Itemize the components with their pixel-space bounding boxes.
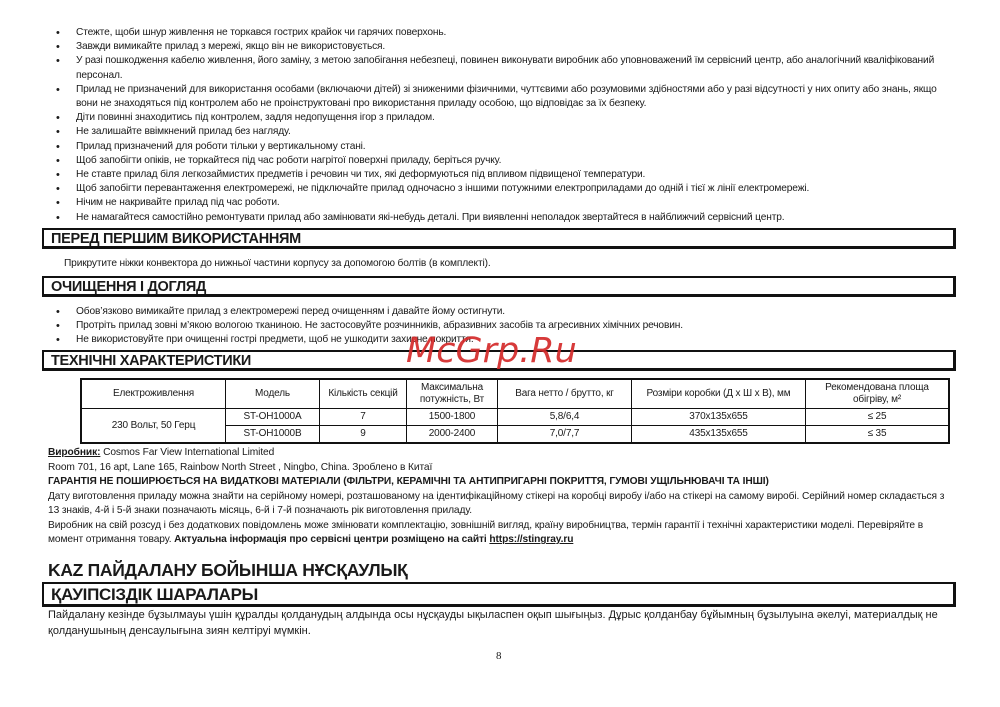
list-item: Щоб запобігти опіків, не торкайтеся під … <box>56 154 956 168</box>
list-item: Обов’язково вимикайте прилад з електроме… <box>56 305 956 319</box>
list-item: Завжди вимикайте прилад з мережі, якщо в… <box>56 40 956 54</box>
list-item: Нічим не накривайте прилад під час робот… <box>56 196 956 210</box>
list-item: Не залишайте ввімкнений прилад без нагля… <box>56 125 956 139</box>
manufacturer-label: Виробник: <box>48 447 100 458</box>
box-size-cell: 370x135x655 <box>632 409 806 426</box>
manufacturer-address: Room 701, 16 apt, Lane 165, Rainbow Nort… <box>48 461 958 476</box>
model-cell: ST-OH1000B <box>226 426 320 444</box>
kaz-manual-title: KAZ ПАЙДАЛАНУ БОЙЫНША НҰСҚАУЛЫҚ <box>48 560 408 581</box>
column-header: Розміри коробки (Д x Ш x В), мм <box>632 379 806 409</box>
column-header: Модель <box>226 379 320 409</box>
box-size-cell: 435x135x655 <box>632 426 806 444</box>
list-item: У разі пошкодження кабелю живлення, його… <box>56 54 956 82</box>
list-item: Не використовуйте при очищенні гострі пр… <box>56 333 956 347</box>
column-header: Рекомендована площа обігріву, м² <box>806 379 950 409</box>
list-item: Прилад призначений для роботи тільки у в… <box>56 140 956 154</box>
section-title: ОЧИЩЕННЯ І ДОГЛЯД <box>51 279 206 296</box>
serial-info: Дату виготовлення приладу можна знайти н… <box>48 490 958 519</box>
area-cell: ≤ 35 <box>806 426 950 444</box>
safety-bullet-list: Стежте, щоби шнур живлення не торкався г… <box>56 26 956 225</box>
list-item: Не ставте прилад біля легкозаймистих пре… <box>56 168 956 182</box>
section-heading-kaz-safety: ҚАУІПСІЗДІК ШАРАЛАРЫ <box>42 582 956 607</box>
warranty-note: ГАРАНТІЯ НЕ ПОШИРЮЄТЬСЯ НА ВИДАТКОВІ МАТ… <box>48 475 958 490</box>
page-number: 8 <box>496 650 502 662</box>
max-power-cell: 2000-2400 <box>407 426 498 444</box>
sections-cell: 9 <box>320 426 407 444</box>
manufacturer-info: Виробник: Cosmos Far View International … <box>48 446 958 548</box>
section-title: ТЕХНІЧНІ ХАРАКТЕРИСТИКИ <box>51 353 251 370</box>
list-item: Щоб запобігти перевантаження електромере… <box>56 182 956 196</box>
column-header: Вага нетто / брутто, кг <box>498 379 632 409</box>
column-header: Максимальна потужність, Вт <box>407 379 498 409</box>
manufacturer-line: Виробник: Cosmos Far View International … <box>48 446 958 461</box>
section-title: ҚАУІПСІЗДІК ШАРАЛАРЫ <box>51 585 258 605</box>
area-cell: ≤ 25 <box>806 409 950 426</box>
column-header: Кількість секцій <box>320 379 407 409</box>
weight-cell: 5,8/6,4 <box>498 409 632 426</box>
section-heading-specs: ТЕХНІЧНІ ХАРАКТЕРИСТИКИ <box>42 350 956 371</box>
sections-cell: 7 <box>320 409 407 426</box>
list-item: Протріть прилад зовні м’якою вологою тка… <box>56 319 956 333</box>
model-cell: ST-OH1000A <box>226 409 320 426</box>
power-supply-cell: 230 Вольт, 50 Герц <box>81 409 226 444</box>
list-item: Не намагайтеся самостійно ремонтувати пр… <box>56 211 956 225</box>
table-row: 230 Вольт, 50 Герц ST-OH1000A 7 1500-180… <box>81 409 949 426</box>
section-title: ПЕРЕД ПЕРШИМ ВИКОРИСТАННЯМ <box>51 231 301 248</box>
max-power-cell: 1500-1800 <box>407 409 498 426</box>
service-link[interactable]: https://stingray.ru <box>489 534 573 545</box>
specs-table: Електроживлення Модель Кількість секцій … <box>80 378 950 444</box>
manufacturer-name: Cosmos Far View International Limited <box>100 447 274 458</box>
list-item: Прилад не призначений для використання о… <box>56 83 956 111</box>
column-header: Електроживлення <box>81 379 226 409</box>
manual-page: Стежте, щоби шнур живлення не торкався г… <box>0 0 1000 707</box>
table-header-row: Електроживлення Модель Кількість секцій … <box>81 379 949 409</box>
section-heading-cleaning: ОЧИЩЕННЯ І ДОГЛЯД <box>42 276 956 297</box>
list-item: Діти повинні знаходитись під контролем, … <box>56 111 956 125</box>
weight-cell: 7,0/7,7 <box>498 426 632 444</box>
kaz-safety-text: Пайдалану кезінде бұзылмауы үшін құралды… <box>48 608 948 639</box>
before-first-use-text: Прикрутите ніжки конвектора до нижньої ч… <box>64 257 491 271</box>
service-info: Актуальна інформація про сервісні центри… <box>174 534 489 545</box>
cleaning-bullet-list: Обов’язково вимикайте прилад з електроме… <box>56 305 956 348</box>
list-item: Стежте, щоби шнур живлення не торкався г… <box>56 26 956 40</box>
changes-info: Виробник на свій розсуд і без додаткових… <box>48 519 958 548</box>
section-heading-before-first-use: ПЕРЕД ПЕРШИМ ВИКОРИСТАННЯМ <box>42 228 956 249</box>
